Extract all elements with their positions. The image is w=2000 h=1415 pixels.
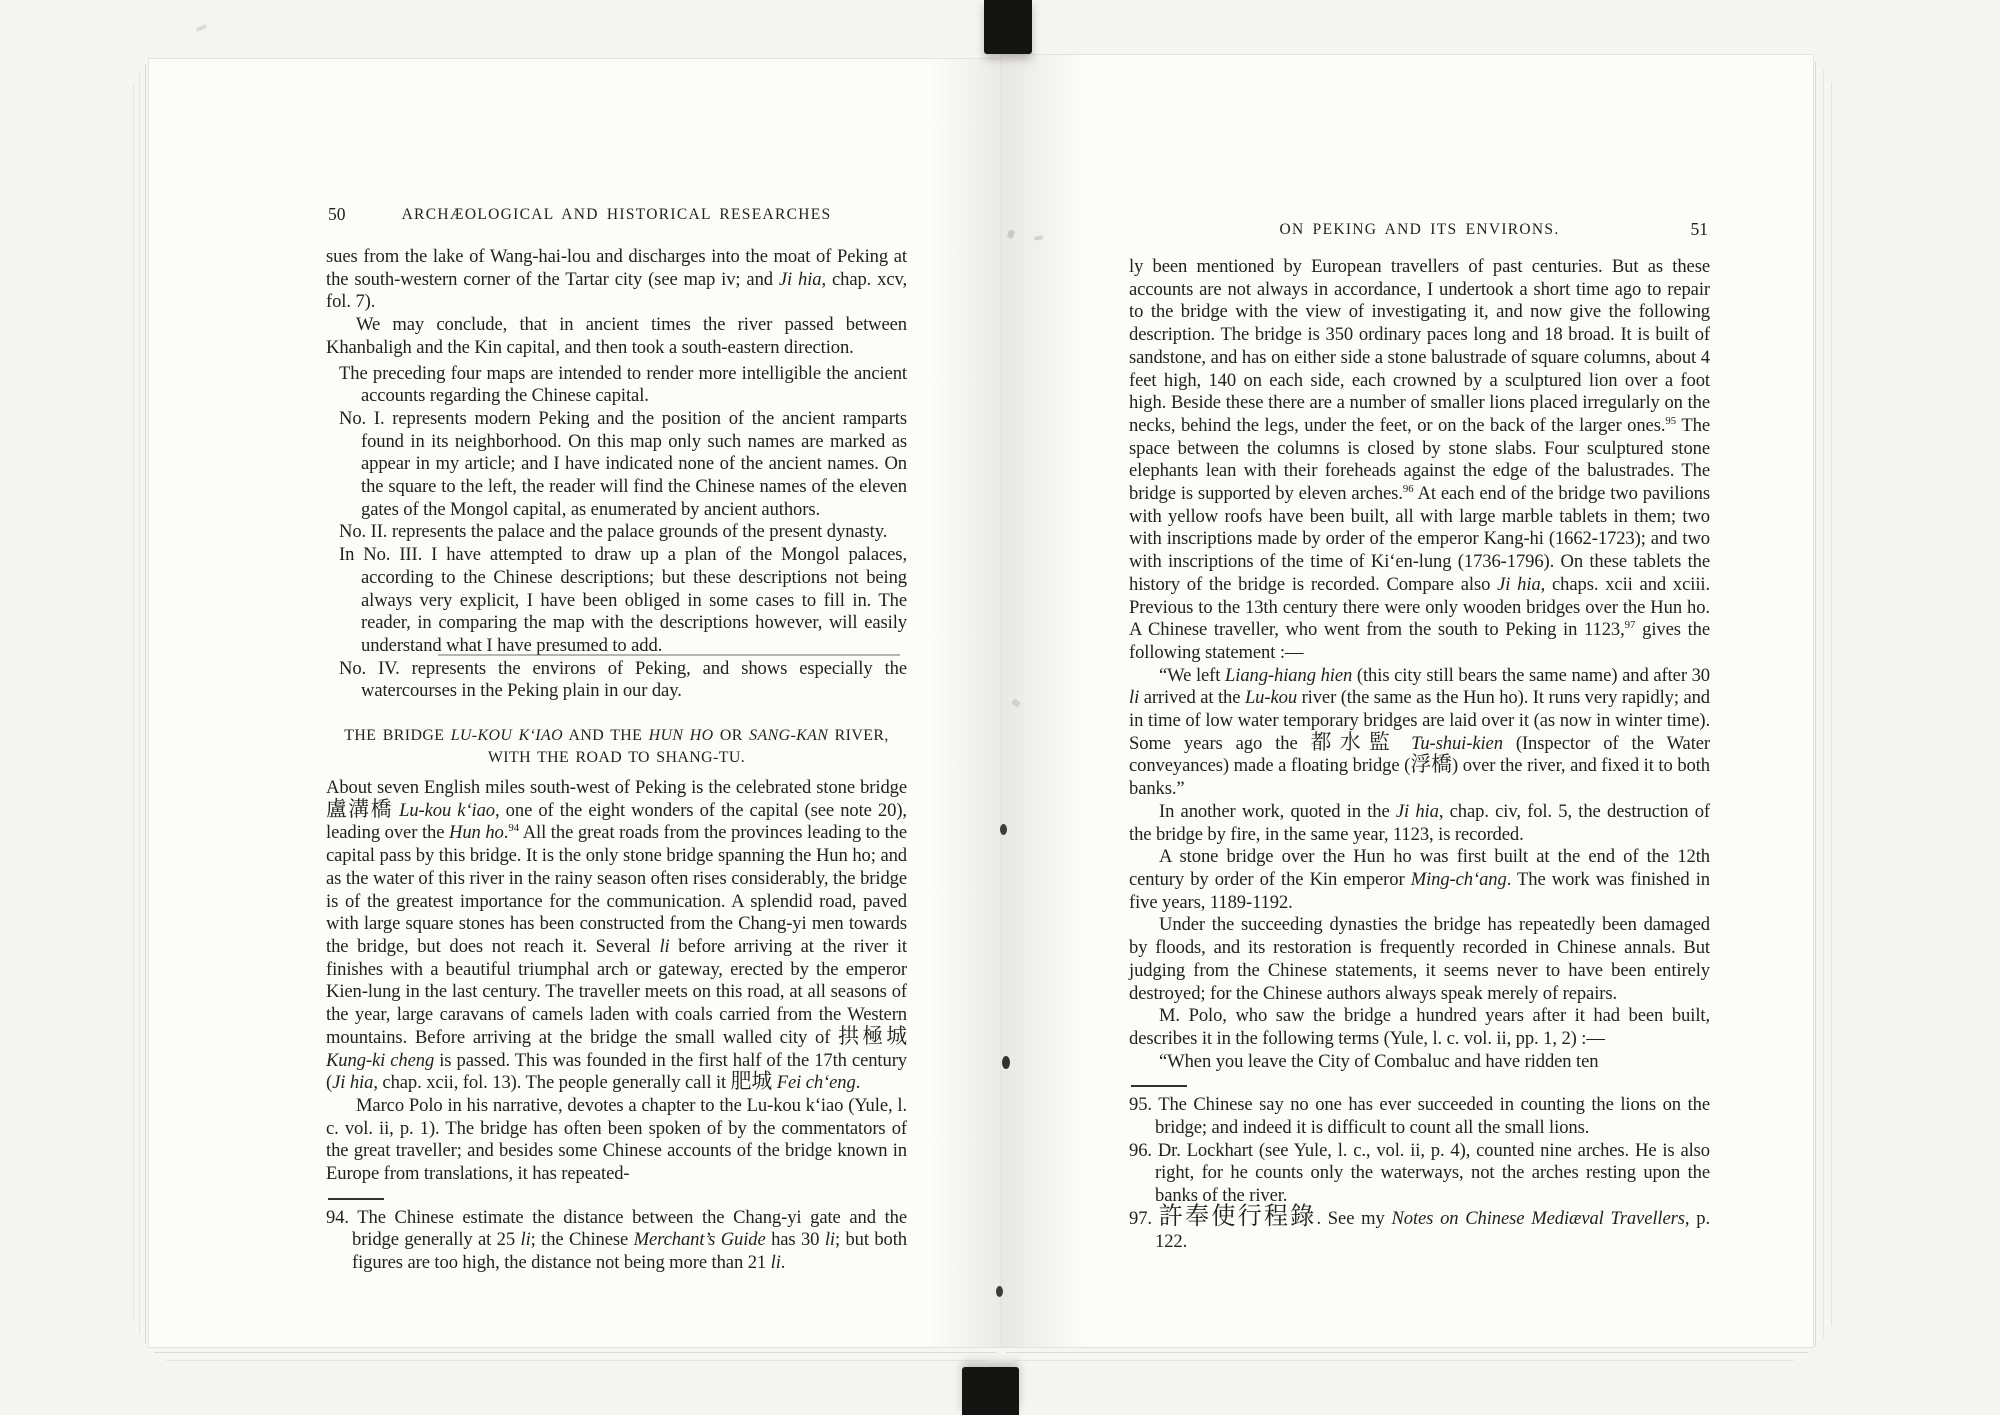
page-edge-line (145, 64, 146, 1344)
gutter-dot (1000, 824, 1007, 835)
text-column: ly been mentioned by European travellers… (1129, 256, 1710, 1253)
page-edge-line (133, 84, 134, 1322)
gutter-dot (1002, 1056, 1010, 1069)
page-edge-line (166, 1360, 986, 1361)
gutter-dot (996, 1286, 1003, 1297)
page-edge-line (139, 72, 140, 1334)
paragraph: “We left Liang-hiang hien (this city sti… (1129, 665, 1710, 801)
page-edge-line (1006, 1352, 1808, 1353)
footnote: 96. Dr. Lockhart (see Yule, l. c., vol. … (1129, 1140, 1710, 1208)
map-note-item: No. II. represents the palace and the pa… (339, 521, 907, 544)
page-edge-line (1823, 70, 1824, 1338)
page-number: 50 (328, 204, 346, 225)
paragraph: In another work, quoted in the Ji hia, c… (1129, 801, 1710, 846)
running-title: ON PEKING AND ITS ENVIRONS. (1129, 221, 1710, 239)
paragraph: M. Polo, who saw the bridge a hundred ye… (1129, 1005, 1710, 1050)
map-note-item: The preceding four maps are intended to … (339, 363, 907, 408)
paragraph: About seven English miles south-west of … (326, 777, 907, 1095)
footnote-rule (1131, 1085, 1187, 1087)
paragraph: A stone bridge over the Hun ho was first… (1129, 846, 1710, 914)
page-number: 51 (1691, 219, 1709, 240)
page-edge-line (1831, 82, 1832, 1326)
map-note-item: No. IV. represents the environs of Pekin… (339, 658, 907, 703)
page-edge-line (1014, 1360, 1794, 1361)
running-head: 51 ON PEKING AND ITS ENVIRONS. (1129, 221, 1710, 239)
text-column: sues from the lake of Wang-hai-lou and d… (326, 246, 907, 1275)
footnote: 97. 許奉使行程錄. See my Notes on Chinese Medi… (1129, 1208, 1710, 1253)
running-title: ARCHÆOLOGICAL AND HISTORICAL RESEARCHES (326, 206, 907, 224)
scan-background: 50 ARCHÆOLOGICAL AND HISTORICAL RESEARCH… (0, 0, 2000, 1415)
section-heading-line: WITH THE ROAD TO SHANG-TU. (326, 747, 907, 769)
paragraph: Marco Polo in his narrative, devotes a c… (326, 1095, 907, 1186)
footnote: 95. The Chinese say no one has ever succ… (1129, 1094, 1710, 1139)
running-head: 50 ARCHÆOLOGICAL AND HISTORICAL RESEARCH… (326, 206, 907, 224)
dust-speck (196, 24, 208, 32)
paragraph: Under the succeeding dynasties the bridg… (1129, 914, 1710, 1005)
page-edge-line (154, 1352, 996, 1353)
section-heading-line: THE BRIDGE LU-KOU K‘IAO AND THE HUN HO O… (326, 725, 907, 747)
page-edge-line (1815, 62, 1816, 1346)
footnote: 94. The Chinese estimate the distance be… (326, 1207, 907, 1275)
map-note-item: In No. III. I have attempted to draw up … (339, 544, 907, 658)
map-notes-list: The preceding four maps are intended to … (339, 363, 907, 704)
page-51: 51 ON PEKING AND ITS ENVIRONS. ly been m… (1000, 54, 1814, 1348)
paragraph: We may conclude, that in ancient times t… (326, 314, 907, 359)
paragraph: “When you leave the City of Combaluc and… (1129, 1051, 1710, 1074)
section-heading: THE BRIDGE LU-KOU K‘IAO AND THE HUN HO O… (326, 725, 907, 768)
map-note-item: No. I. represents modern Peking and the … (339, 408, 907, 522)
binding-mark-top (984, 0, 1032, 54)
footnote-rule (328, 1198, 384, 1200)
paragraph: sues from the lake of Wang-hai-lou and d… (326, 246, 907, 314)
paragraph: ly been mentioned by European travellers… (1129, 256, 1710, 665)
page-50: 50 ARCHÆOLOGICAL AND HISTORICAL RESEARCH… (148, 58, 1002, 1348)
scan-scratch-line (438, 654, 900, 656)
binding-mark-bottom (962, 1367, 1019, 1415)
